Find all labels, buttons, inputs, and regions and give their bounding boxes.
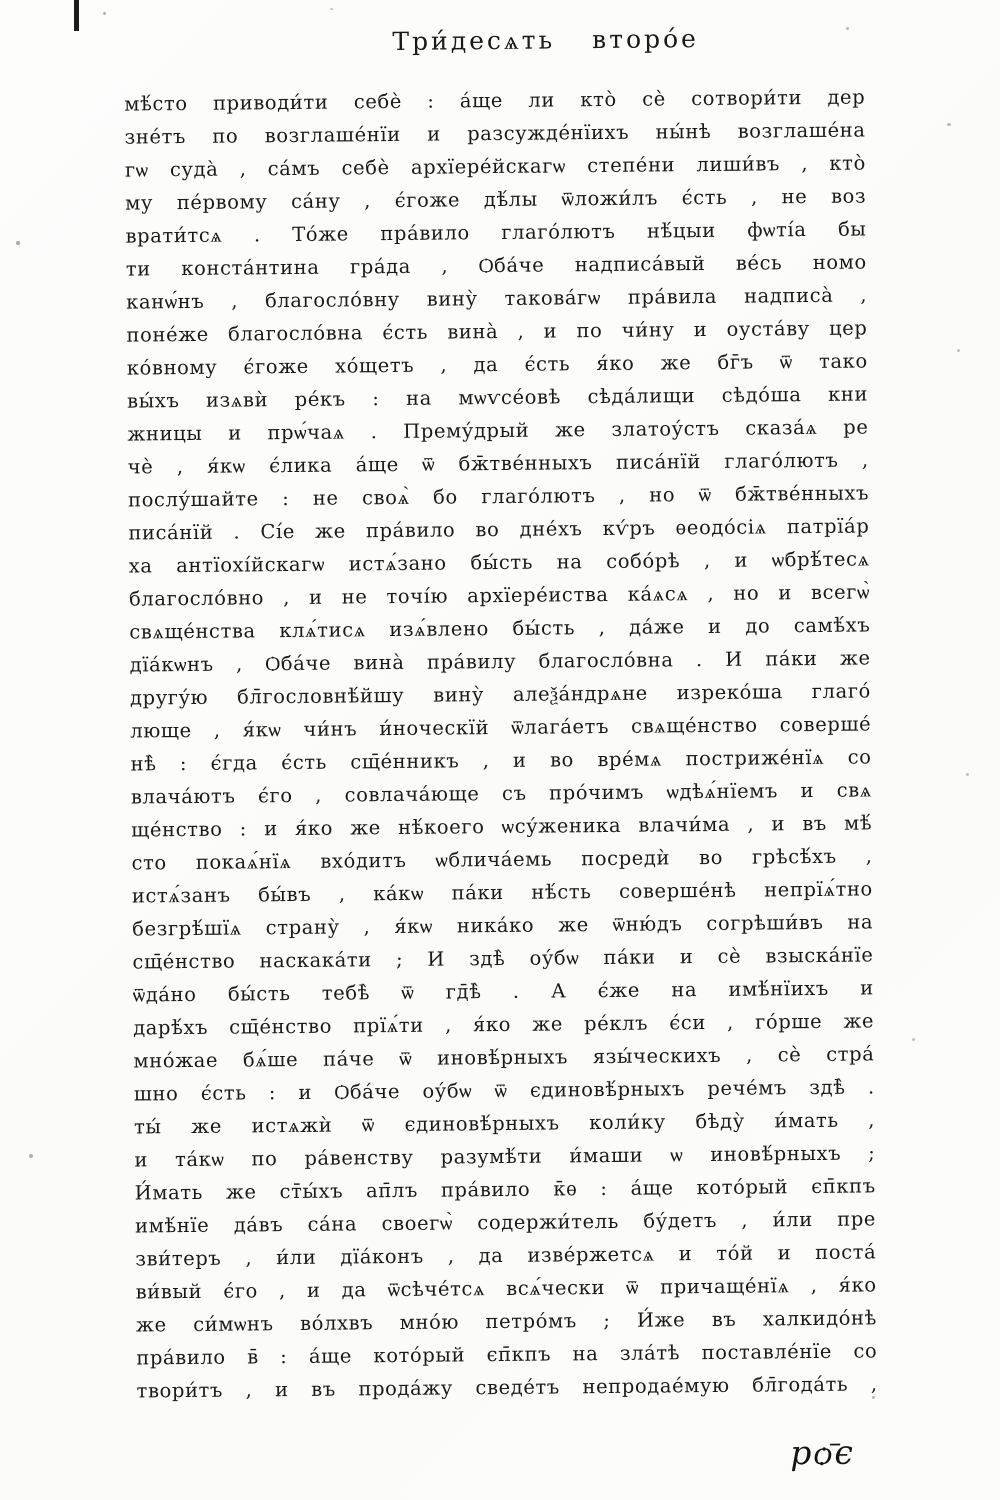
ink-speck bbox=[29, 1154, 33, 1158]
text-line: твори́тъ , и въ прода́жу сведе́тъ непрод… bbox=[136, 1367, 877, 1407]
ink-speck bbox=[947, 123, 951, 126]
scan-edge-artifact bbox=[74, 0, 79, 31]
page-content: Три́десѧть второ́е мѣ́сто приводи́ти себ… bbox=[0, 0, 993, 5]
body-text: мѣ́сто приводи́ти себѐ : а́ще ли кто̀ сѐ… bbox=[124, 80, 878, 1407]
ink-speck bbox=[16, 241, 20, 245]
ink-speck bbox=[966, 773, 969, 776]
ink-speck bbox=[957, 349, 960, 352]
page-number: рѻ̄є bbox=[790, 1433, 855, 1474]
ink-speck bbox=[330, 8, 333, 10]
ink-speck bbox=[912, 1038, 915, 1041]
ink-speck bbox=[103, 12, 106, 15]
scanned-page: Три́десѧть второ́е мѣ́сто приводи́ти себ… bbox=[0, 0, 1000, 1500]
chapter-title: Три́десѧть второ́е bbox=[176, 22, 916, 59]
